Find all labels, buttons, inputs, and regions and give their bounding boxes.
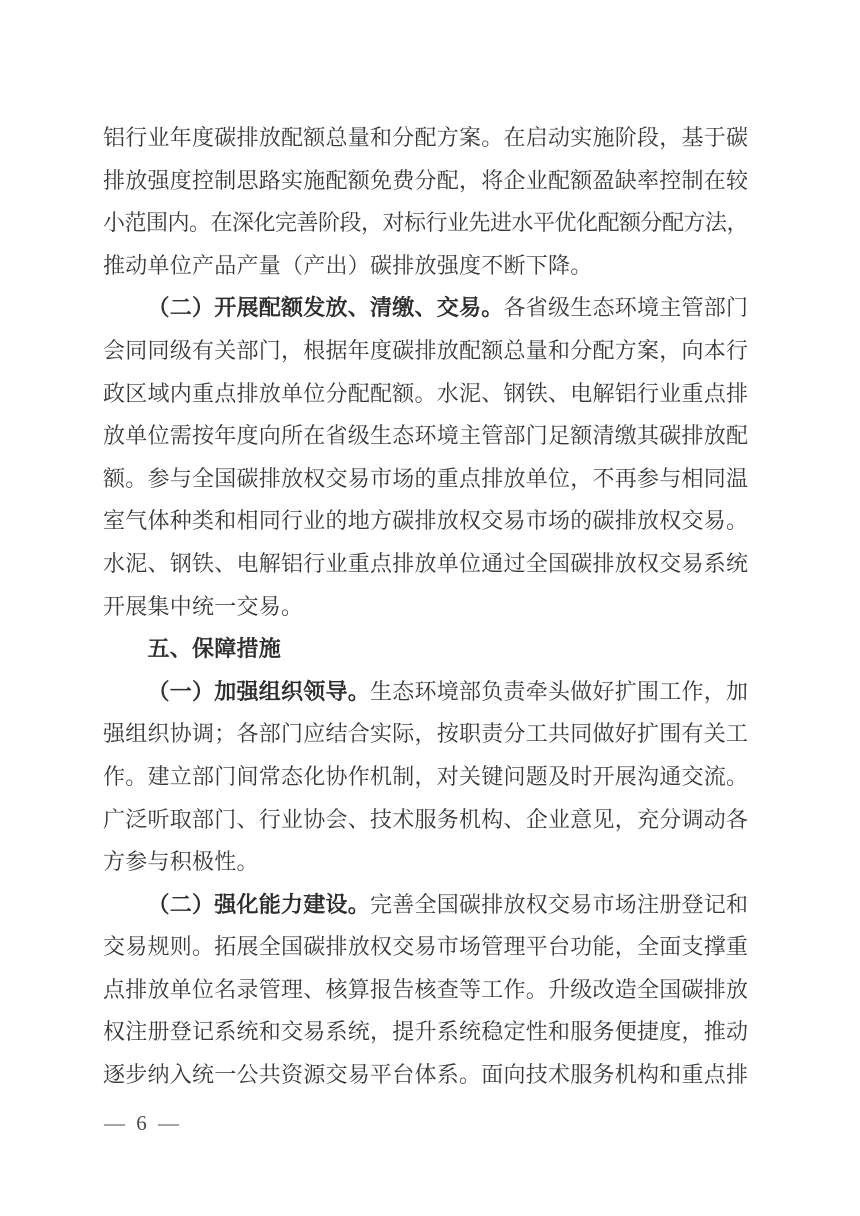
text-line: （二）强化能力建设。完善全国碳排放权交易市场注册登记和 — [103, 884, 765, 927]
text-run: 小范围内。在深化完善阶段，对标行业先进水平优化配额分配方法， — [103, 210, 748, 235]
text-run: 推动单位产品产量（产出）碳排放强度不断下降。 — [103, 253, 593, 278]
text-line: 铝行业年度碳排放配额总量和分配方案。在启动实施阶段，基于碳 — [103, 117, 765, 160]
heading-section-five-safeguard-measures: 五、保障措施 — [103, 628, 765, 671]
text-line: 交易规则。拓展全国碳排放权交易市场管理平台功能，全面支撑重 — [103, 926, 765, 969]
bold-text-run: （二）强化能力建设。 — [148, 892, 371, 917]
text-line: 政区域内重点排放单位分配配额。水泥、钢铁、电解铝行业重点排 — [103, 373, 765, 416]
document-body: 铝行业年度碳排放配额总量和分配方案。在启动实施阶段，基于碳排放强度控制思路实施配… — [103, 117, 765, 1097]
text-line: 水泥、钢铁、电解铝行业重点排放单位通过全国碳排放权交易系统 — [103, 543, 765, 586]
text-run: 生态环境部负责牵头做好扩围工作，加 — [370, 679, 748, 704]
text-run: 点排放单位名录管理、核算报告核查等工作。升级改造全国碳排放 — [103, 977, 748, 1002]
text-line: 广泛听取部门、行业协会、技术服务机构、企业意见，充分调动各 — [103, 799, 765, 842]
para-annual-quota-plan-continued: 铝行业年度碳排放配额总量和分配方案。在启动实施阶段，基于碳排放强度控制思路实施配… — [103, 117, 765, 287]
text-run: 权注册登记系统和交易系统，提升系统稳定性和服务便捷度，推动 — [103, 1019, 748, 1044]
text-run: 室气体种类和相同行业的地方碳排放权交易市场的碳排放权交易。 — [103, 508, 748, 533]
text-line: 作。建立部门间常态化协作机制，对关键问题及时开展沟通交流。 — [103, 756, 765, 799]
text-run: 开展集中统一交易。 — [103, 594, 303, 619]
para-strengthen-capacity-building: （二）强化能力建设。完善全国碳排放权交易市场注册登记和交易规则。拓展全国碳排放权… — [103, 884, 765, 1097]
para-quota-issuance-surrender-trading: （二）开展配额发放、清缴、交易。各省级生态环境主管部门会同同级有关部门，根据年度… — [103, 287, 765, 628]
text-line: 排放强度控制思路实施配额免费分配，将企业配额盈缺率控制在较 — [103, 160, 765, 203]
document-page: 铝行业年度碳排放配额总量和分配方案。在启动实施阶段，基于碳排放强度控制思路实施配… — [0, 0, 860, 1216]
text-run: 放单位需按年度向所在省级生态环境主管部门足额清缴其碳排放配 — [103, 423, 748, 448]
text-line: 方参与积极性。 — [103, 841, 765, 884]
text-line: 额。参与全国碳排放权交易市场的重点排放单位，不再参与相同温 — [103, 458, 765, 501]
text-run: 会同同级有关部门，根据年度碳排放配额总量和分配方案，向本行 — [103, 338, 748, 363]
text-run: 方参与积极性。 — [103, 849, 259, 874]
text-line: （一）加强组织领导。生态环境部负责牵头做好扩围工作，加 — [103, 671, 765, 714]
text-run: 排放强度控制思路实施配额免费分配，将企业配额盈缺率控制在较 — [103, 168, 748, 193]
text-line: 小范围内。在深化完善阶段，对标行业先进水平优化配额分配方法， — [103, 202, 765, 245]
text-line: 五、保障措施 — [103, 628, 765, 671]
bold-text-run: （一）加强组织领导。 — [148, 679, 371, 704]
text-run: 水泥、钢铁、电解铝行业重点排放单位通过全国碳排放权交易系统 — [103, 551, 748, 576]
bold-text-run: （二）开展配额发放、清缴、交易。 — [148, 295, 504, 320]
text-run: 广泛听取部门、行业协会、技术服务机构、企业意见，充分调动各 — [103, 807, 748, 832]
text-line: 放单位需按年度向所在省级生态环境主管部门足额清缴其碳排放配 — [103, 415, 765, 458]
text-run: 交易规则。拓展全国碳排放权交易市场管理平台功能，全面支撑重 — [103, 934, 748, 959]
text-line: 会同同级有关部门，根据年度碳排放配额总量和分配方案，向本行 — [103, 330, 765, 373]
text-run: 逐步纳入统一公共资源交易平台体系。面向技术服务机构和重点排 — [103, 1062, 748, 1087]
text-run: 完善全国碳排放权交易市场注册登记和 — [370, 892, 748, 917]
text-run: 强组织协调；各部门应结合实际，按职责分工共同做好扩围有关工 — [103, 721, 748, 746]
text-run: 额。参与全国碳排放权交易市场的重点排放单位，不再参与相同温 — [103, 466, 748, 491]
text-line: 开展集中统一交易。 — [103, 586, 765, 629]
text-line: 室气体种类和相同行业的地方碳排放权交易市场的碳排放权交易。 — [103, 500, 765, 543]
text-line: 权注册登记系统和交易系统，提升系统稳定性和服务便捷度，推动 — [103, 1011, 765, 1054]
text-run: 作。建立部门间常态化协作机制，对关键问题及时开展沟通交流。 — [103, 764, 748, 789]
text-line: （二）开展配额发放、清缴、交易。各省级生态环境主管部门 — [103, 287, 765, 330]
text-run: 各省级生态环境主管部门 — [504, 295, 749, 320]
text-line: 强组织协调；各部门应结合实际，按职责分工共同做好扩围有关工 — [103, 713, 765, 756]
text-run: 政区域内重点排放单位分配配额。水泥、钢铁、电解铝行业重点排 — [103, 381, 748, 406]
page-number: — 6 — — [104, 1102, 182, 1145]
bold-text-run: 五、保障措施 — [148, 636, 282, 661]
text-line: 推动单位产品产量（产出）碳排放强度不断下降。 — [103, 245, 765, 288]
text-run: 铝行业年度碳排放配额总量和分配方案。在启动实施阶段，基于碳 — [103, 125, 748, 150]
text-line: 逐步纳入统一公共资源交易平台体系。面向技术服务机构和重点排 — [103, 1054, 765, 1097]
text-line: 点排放单位名录管理、核算报告核查等工作。升级改造全国碳排放 — [103, 969, 765, 1012]
para-strengthen-organizational-leadership: （一）加强组织领导。生态环境部负责牵头做好扩围工作，加强组织协调；各部门应结合实… — [103, 671, 765, 884]
